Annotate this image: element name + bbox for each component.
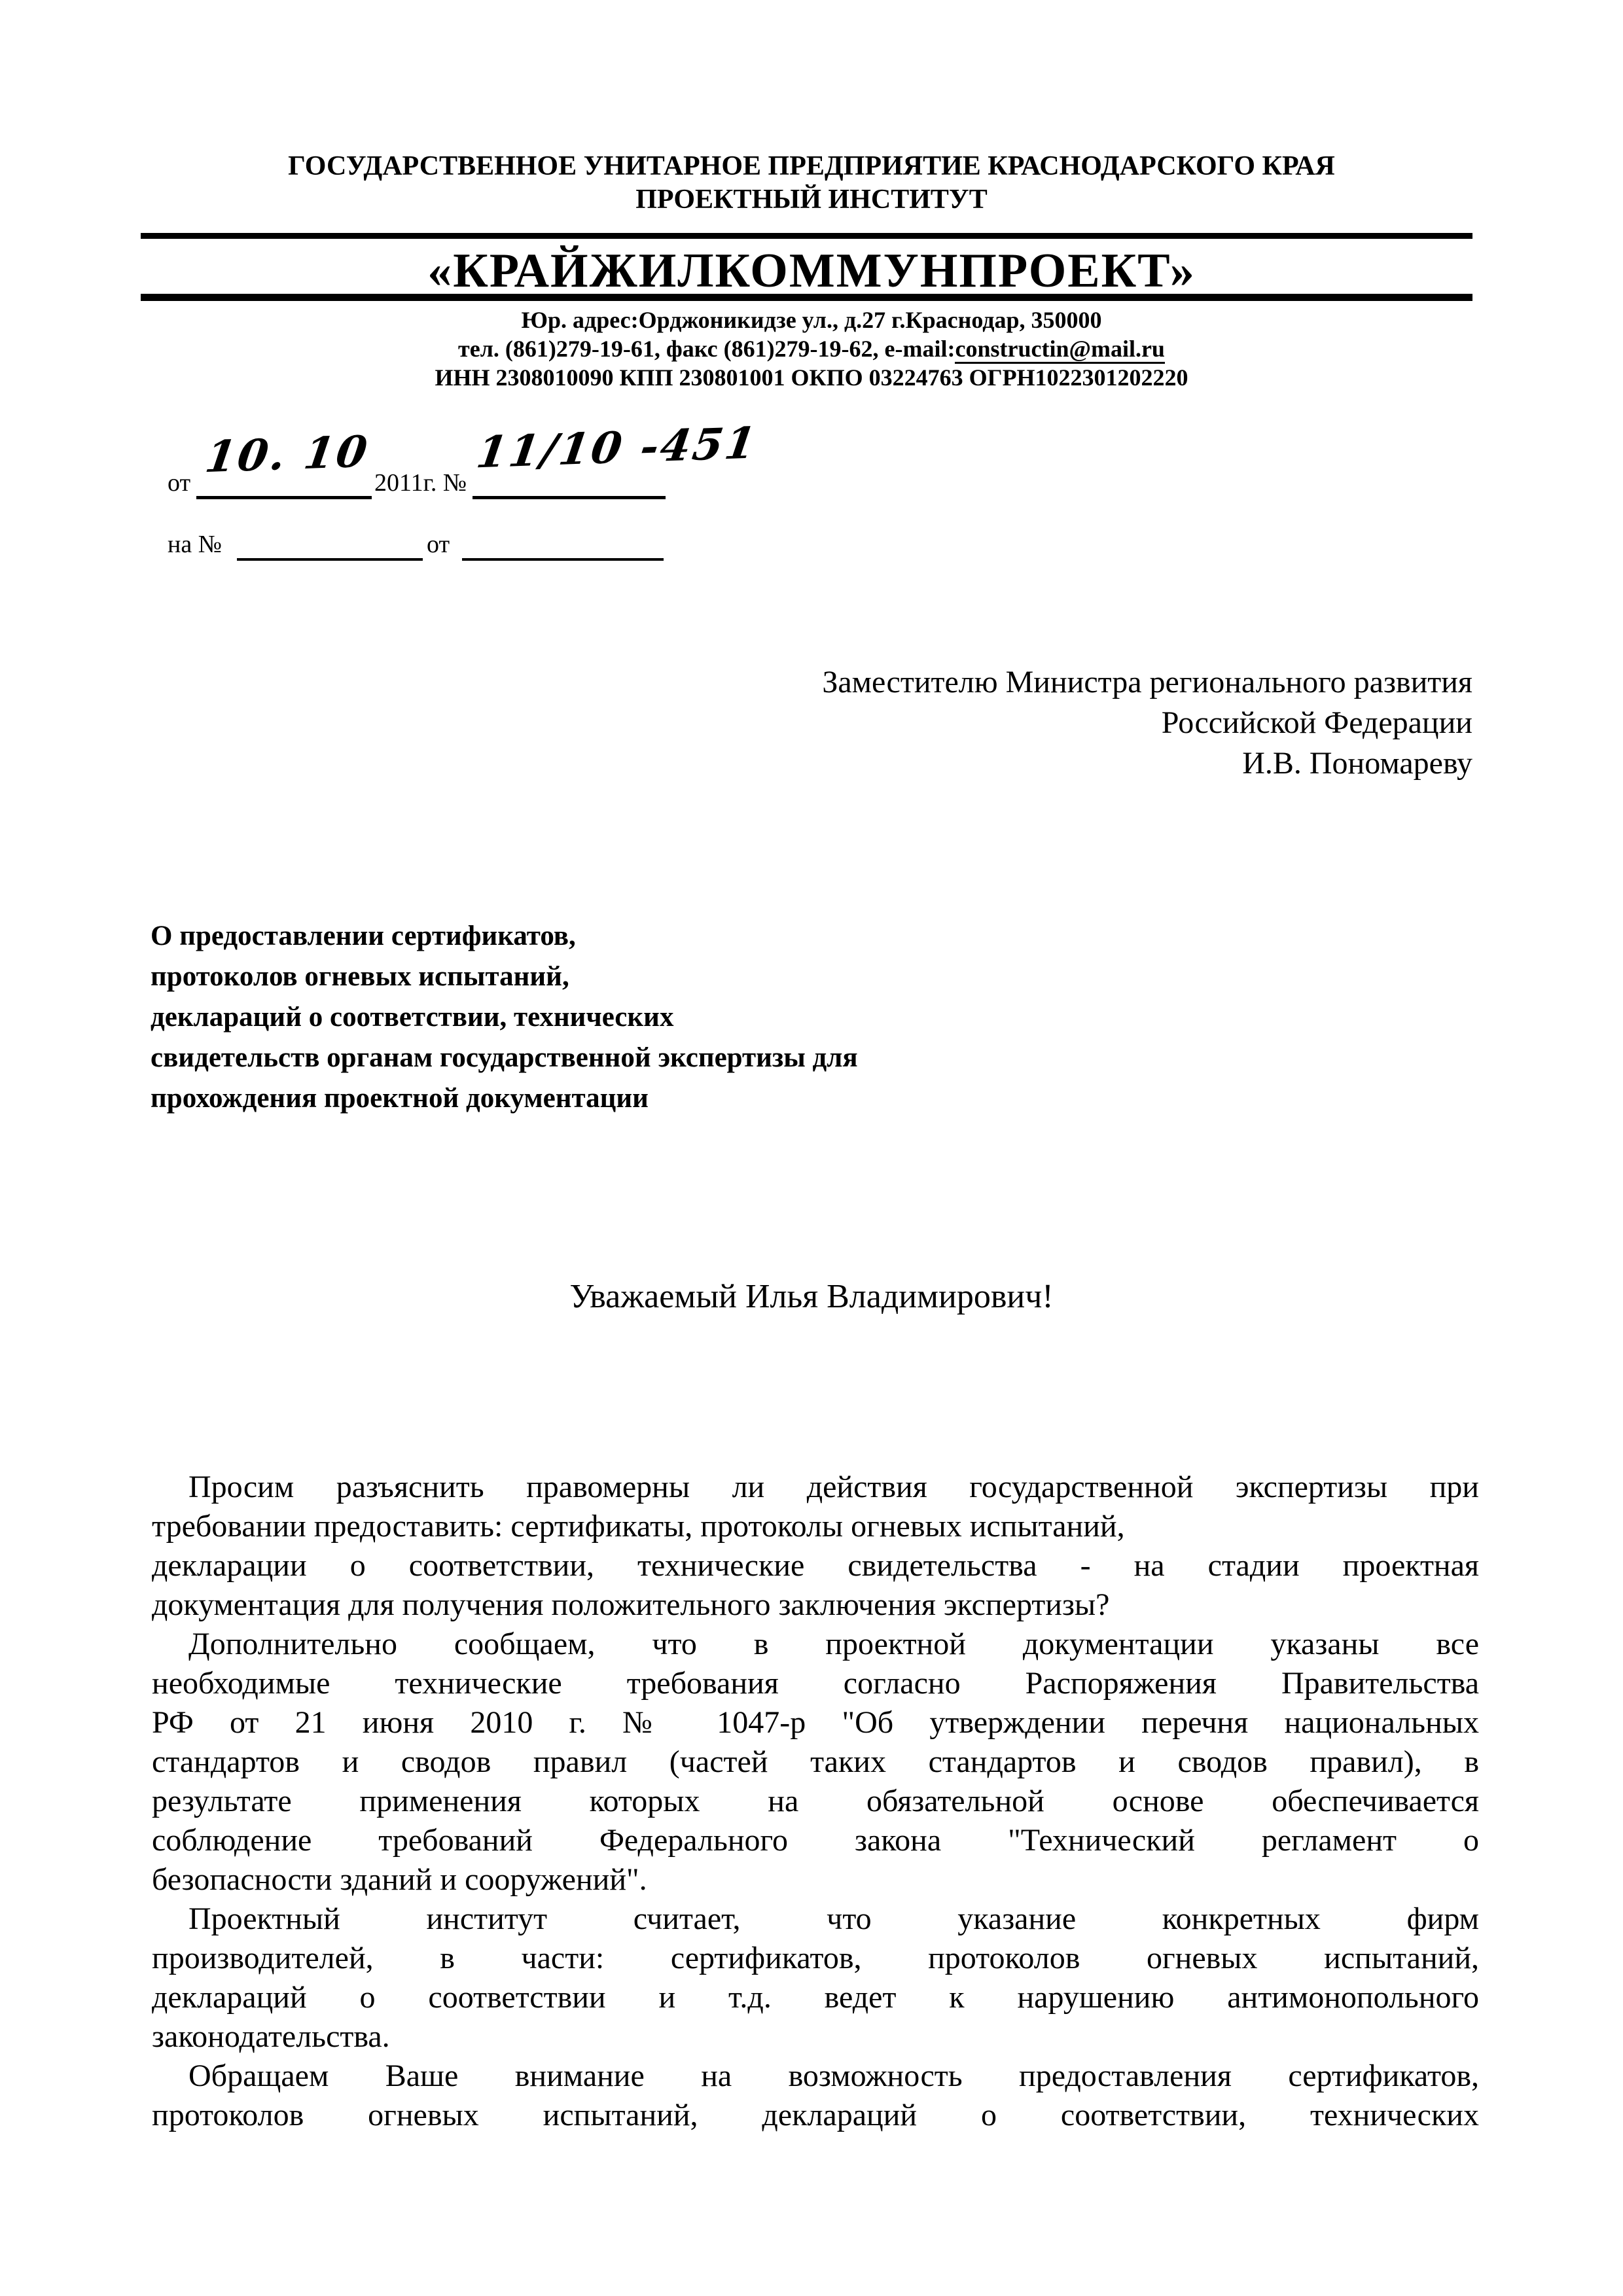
subject-line: О предоставлении сертификатов, — [151, 916, 975, 957]
subject-block: О предоставлении сертификатов, протоколо… — [151, 916, 975, 1119]
body-line: результате применения которых на обязате… — [152, 1782, 1479, 1821]
ref-from-label: от — [168, 468, 190, 497]
salutation: Уважаемый Илья Владимирович! — [0, 1277, 1623, 1316]
contacts-prefix: тел. (861)279-19-61, факс (861)279-19-62… — [458, 336, 955, 362]
ref-number-underline — [473, 496, 666, 499]
subject-line: свидетельств органам государственной экс… — [151, 1038, 975, 1078]
body-line: законодательства. — [152, 2017, 1479, 2057]
body-line: безопасности зданий и сооружений". — [152, 1860, 1479, 1899]
addressee-block: Заместителю Министра регионального разви… — [622, 662, 1472, 784]
reply-from-label: от — [427, 530, 450, 559]
body-line: соблюдение требований Федерального закон… — [152, 1821, 1479, 1860]
reply-no-label: на № — [168, 530, 222, 559]
body-line: Обращаем Ваше внимание на возможность пр… — [152, 2057, 1479, 2096]
body-line: Просим разъяснить правомерны ли действия… — [152, 1468, 1479, 1507]
letter-body: Просим разъяснить правомерны ли действия… — [152, 1468, 1479, 2135]
addressee-line: Заместителю Министра регионального разви… — [622, 662, 1472, 703]
ref-date-handwritten: 10. 10 — [202, 426, 372, 483]
body-line: РФ от 21 июня 2010 г. № 1047-р "Об утвер… — [152, 1703, 1479, 1742]
addressee-line: Российской Федерации — [622, 703, 1472, 743]
subject-line: деклараций о соответствии, технических — [151, 997, 975, 1038]
body-line: Дополнительно сообщаем, что в проектной … — [152, 1625, 1479, 1664]
registration-codes-line: ИНН 2308010090 КПП 230801001 ОКПО 032247… — [0, 364, 1623, 391]
body-line: деклараций о соответствии и т.д. ведет к… — [152, 1978, 1479, 2017]
body-line: необходимые технические требования согла… — [152, 1664, 1479, 1703]
reply-date-underline — [462, 558, 664, 561]
institute-name: «КРАЙЖИЛКОММУНПРОЕКТ» — [0, 243, 1623, 299]
org-name-line1: ГОСУДАРСТВЕННОЕ УНИТАРНОЕ ПРЕДПРИЯТИЕ КР… — [0, 150, 1623, 182]
addressee-line: И.В. Пономареву — [622, 743, 1472, 784]
subject-line: протоколов огневых испытаний, — [151, 957, 975, 997]
scanned-letter-page: ГОСУДАРСТВЕННОЕ УНИТАРНОЕ ПРЕДПРИЯТИЕ КР… — [0, 0, 1623, 2296]
contacts-line: тел. (861)279-19-61, факс (861)279-19-62… — [0, 335, 1623, 362]
body-line: декларации о соответствии, технические с… — [152, 1546, 1479, 1585]
subject-line: прохождения проектной документации — [151, 1078, 975, 1119]
body-line: производителей, в части: сертификатов, п… — [152, 1939, 1479, 1978]
body-line: документация для получения положительног… — [152, 1585, 1479, 1625]
letterhead-rule-top — [141, 233, 1472, 239]
org-name-line2: ПРОЕКТНЫЙ ИНСТИТУТ — [0, 184, 1623, 215]
ref-year-number-label: 2011г. № — [374, 468, 467, 497]
body-line: стандартов и сводов правил (частей таких… — [152, 1742, 1479, 1782]
email-address: constructin@mail.ru — [955, 336, 1164, 364]
ref-date-underline — [196, 496, 372, 499]
body-line: Проектный институт считает, что указание… — [152, 1899, 1479, 1939]
legal-address-line: Юр. адрес:Орджоникидзе ул., д.27 г.Красн… — [0, 306, 1623, 334]
ref-number-handwritten: 11/10 -451 — [473, 417, 760, 478]
body-line: протоколов огневых испытаний, деклараций… — [152, 2096, 1479, 2135]
letterhead-rule-bottom — [141, 294, 1472, 301]
body-line: требовании предоставить: сертификаты, пр… — [152, 1507, 1479, 1546]
reply-number-underline — [237, 558, 423, 561]
